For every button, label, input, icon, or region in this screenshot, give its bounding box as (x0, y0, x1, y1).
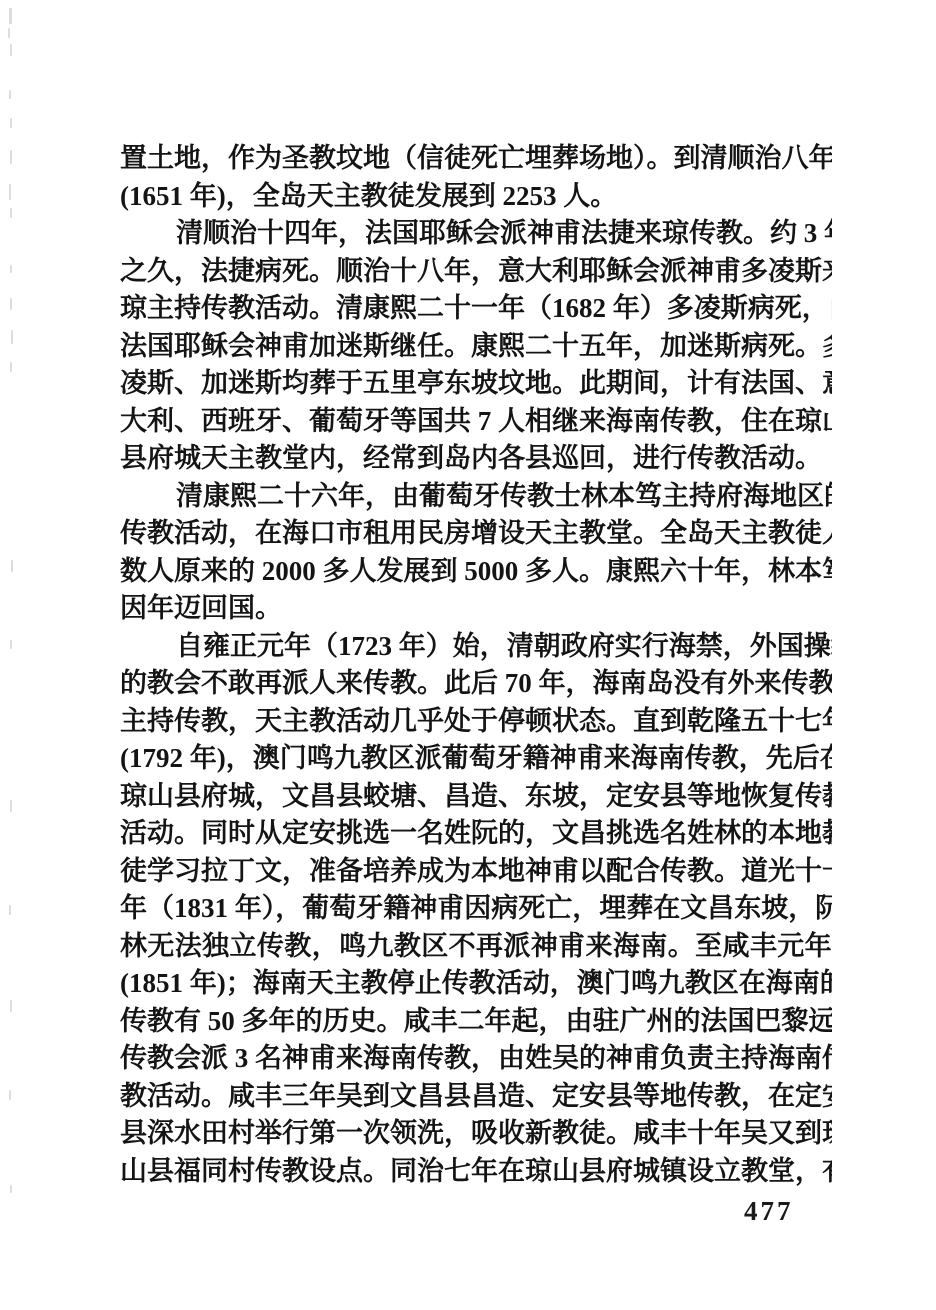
text-line: 传教会派 3 名神甫来海南传教，由姓吴的神甫负责主持海南传 (120, 1040, 832, 1078)
text-line: 琼山县府城，文昌县蛟塘、昌造、东坡，定安县等地恢复传教 (120, 778, 832, 816)
text-line: 林无法独立传教，鸣九教区不再派神甫来海南。至咸丰元年 (120, 928, 832, 966)
document-page: 置土地，作为圣教坟地（信徒死亡埋葬场地）。到清顺治八年(1651 年)，全岛天主… (0, 0, 936, 1310)
scan-mark (9, 1090, 11, 1100)
scan-mark (8, 28, 10, 38)
page-number: 477 (744, 1196, 794, 1227)
scan-mark (9, 90, 11, 99)
text-line: 县府城天主教堂内，经常到岛内各县巡回，进行传教活动。 (120, 440, 832, 478)
text-line: 教活动。咸丰三年吴到文昌县昌造、定安县等地传教，在定安 (120, 1078, 832, 1116)
scan-mark (9, 905, 11, 915)
scan-mark (10, 640, 12, 649)
scan-mark (10, 208, 12, 218)
text-line: 数人原来的 2000 多人发展到 5000 多人。康熙六十年，林本笃 (120, 553, 832, 591)
text-line: 自雍正元年（1723 年）始，清朝政府实行海禁，外国操纵 (120, 628, 832, 666)
text-line: 年（1831 年），葡萄牙籍神甫因病死亡，埋葬在文昌东坡，阮、 (120, 890, 832, 928)
text-line: 清顺治十四年，法国耶稣会派神甫法捷来琼传教。约 3 年 (120, 215, 832, 253)
text-line: 的教会不敢再派人来传教。此后 70 年，海南岛没有外来传教士 (120, 665, 832, 703)
text-line: 因年迈回国。 (120, 590, 832, 628)
scan-mark (9, 184, 11, 200)
text-line: 活动。同时从定安挑选一名姓阮的，文昌挑选名姓林的本地教 (120, 815, 832, 853)
text-line: (1792 年)，澳门鸣九教区派葡萄牙籍神甫来海南传教，先后在 (120, 740, 832, 778)
text-line: 之久，法捷病死。顺治十八年，意大利耶稣会派神甫多凌斯来 (120, 253, 832, 291)
scan-mark (10, 118, 12, 128)
scan-mark (10, 44, 12, 56)
text-line: 凌斯、加迷斯均葬于五里亭东坡坟地。此期间，计有法国、意 (120, 365, 832, 403)
text-line: 琼主持传教活动。清康熙二十一年（1682 年）多凌斯病死，由 (120, 290, 832, 328)
scan-mark (10, 800, 12, 812)
text-line: 主持传教，天主教活动几乎处于停顿状态。直到乾隆五十七年 (120, 703, 832, 741)
text-line: 大利、西班牙、葡萄牙等国共 7 人相继来海南传教，住在琼山 (120, 403, 832, 441)
text-line: 清康熙二十六年，由葡萄牙传教士林本笃主持府海地区的 (120, 478, 832, 516)
scan-mark (10, 1185, 12, 1193)
scan-mark (10, 265, 12, 273)
text-line: 法国耶稣会神甫加迷斯继任。康熙二十五年，加迷斯病死。多 (120, 328, 832, 366)
text-line: 传教有 50 多年的历史。咸丰二年起，由驻广州的法国巴黎远东 (120, 1003, 832, 1041)
scan-mark (10, 150, 12, 164)
text-line: 传教活动，在海口市租用民房增设天主教堂。全岛天主教徒人 (120, 515, 832, 553)
scan-mark (10, 298, 12, 310)
scan-mark (11, 330, 13, 344)
scan-mark (10, 362, 12, 372)
text-block: 置土地，作为圣教坟地（信徒死亡埋葬场地）。到清顺治八年(1651 年)，全岛天主… (120, 140, 832, 1190)
text-line: 县深水田村举行第一次领洗，吸收新教徒。咸丰十年吴又到琼 (120, 1115, 832, 1153)
scan-mark (11, 560, 13, 572)
scan-mark (9, 8, 12, 24)
text-line: (1651 年)，全岛天主教徒发展到 2253 人。 (120, 178, 832, 216)
text-line: 置土地，作为圣教坟地（信徒死亡埋葬场地）。到清顺治八年 (120, 140, 832, 178)
scan-mark (10, 1000, 12, 1012)
text-line: (1851 年)；海南天主教停止传教活动，澳门鸣九教区在海南的 (120, 965, 832, 1003)
text-line: 山县福同村传教设点。同治七年在琼山县府城镇设立教堂，有 (120, 1153, 832, 1191)
text-line: 徒学习拉丁文，准备培养成为本地神甫以配合传教。道光十一 (120, 853, 832, 891)
